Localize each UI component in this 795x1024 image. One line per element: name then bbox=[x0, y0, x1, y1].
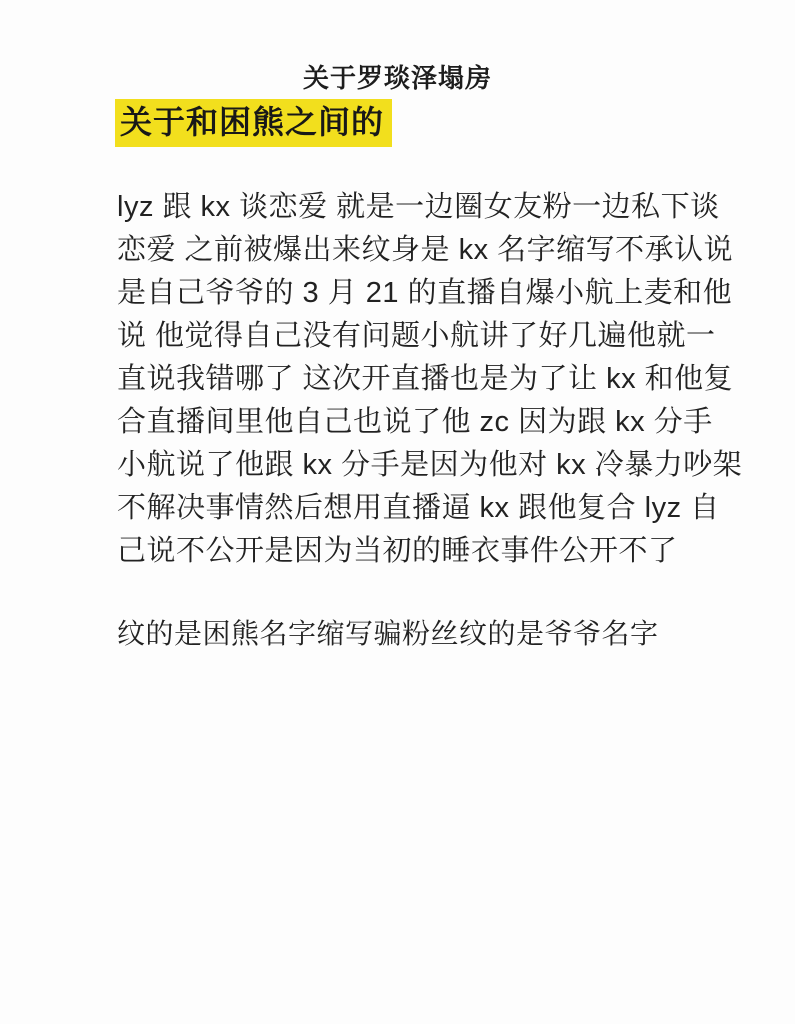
highlighted-section-heading: 关于和困熊之间的 bbox=[115, 99, 392, 147]
body-line: 不解决事情然后想用直播逼 kx 跟他复合 lyz 自 bbox=[117, 487, 717, 530]
body-line: 是自己爷爷的 3 月 21 的直播自爆小航上麦和他 bbox=[117, 272, 717, 315]
body-line: 合直播间里他自己也说了他 zc 因为跟 kx 分手 bbox=[117, 401, 717, 444]
section-heading-container: 关于和困熊之间的 bbox=[115, 99, 392, 147]
body-paragraph: lyz 跟 kx 谈恋爱 就是一边圈女友粉一边私下谈 恋爱 之前被爆出来纹身是 … bbox=[117, 186, 717, 573]
body-line: 己说不公开是因为当初的睡衣事件公开不了 bbox=[117, 530, 717, 573]
body-line: lyz 跟 kx 谈恋爱 就是一边圈女友粉一边私下谈 bbox=[117, 186, 717, 229]
document-page: 关于罗琰泽塌房 关于和困熊之间的 lyz 跟 kx 谈恋爱 就是一边圈女友粉一边… bbox=[0, 0, 795, 1024]
body-line: 恋爱 之前被爆出来纹身是 kx 名字缩写不承认说 bbox=[117, 229, 717, 272]
footnote-line: 纹的是困熊名字缩写骗粉丝纹的是爷爷名字 bbox=[117, 614, 659, 654]
body-line: 说 他觉得自己没有问题小航讲了好几遍他就一 bbox=[117, 315, 717, 358]
document-title: 关于罗琰泽塌房 bbox=[0, 58, 795, 95]
body-line: 直说我错哪了 这次开直播也是为了让 kx 和他复 bbox=[117, 358, 717, 401]
body-line: 小航说了他跟 kx 分手是因为他对 kx 冷暴力吵架 bbox=[117, 444, 717, 487]
